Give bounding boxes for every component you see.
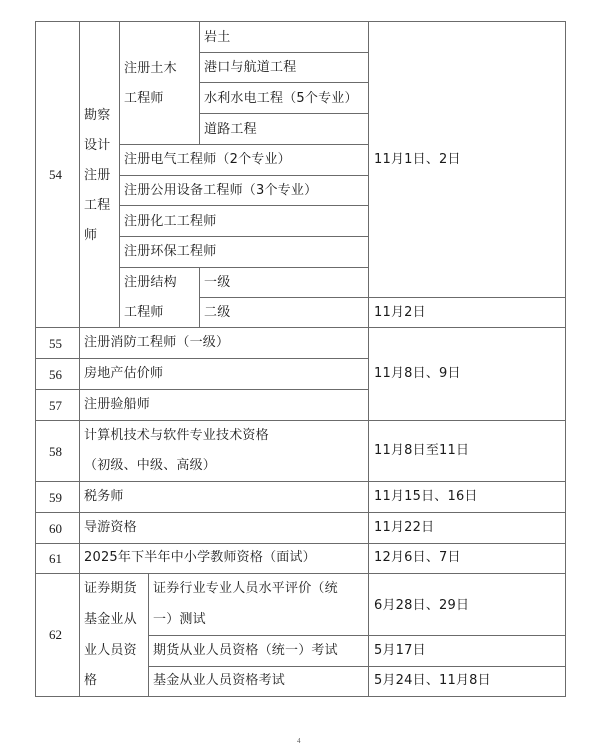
- row-number: 54: [49, 168, 62, 181]
- exam-name: 2025年下半年中小学教师资格（面试）: [84, 551, 316, 564]
- exam-name: 计算机技术与软件专业技术资格: [84, 429, 269, 442]
- table-border-bottom: [35, 696, 566, 697]
- table-border-right: [565, 21, 566, 697]
- divider: [368, 21, 369, 697]
- divider: [119, 175, 368, 176]
- row-number: 58: [49, 445, 62, 458]
- civil-sub-road: 道路工程: [204, 123, 257, 136]
- exam-name: 注册消防工程师（一级）: [84, 336, 229, 349]
- divider: [35, 573, 566, 574]
- exam-date: 11月8日、9日: [374, 367, 461, 380]
- electrical-engineer: 注册电气工程师（2个专业）: [124, 153, 291, 166]
- structural-level-2: 二级: [204, 306, 230, 319]
- exam-date: 5月17日: [374, 644, 426, 657]
- divider: [35, 512, 566, 513]
- divider: [199, 52, 368, 53]
- divider: [119, 267, 368, 268]
- page-number: 4: [297, 737, 301, 745]
- category-label: 基金业从: [84, 613, 137, 626]
- category-label: 勘察: [84, 109, 110, 122]
- row-number: 55: [49, 337, 62, 350]
- row-number: 57: [49, 399, 62, 412]
- divider: [148, 666, 566, 667]
- category-label: 格: [84, 674, 97, 687]
- category-label: 师: [84, 229, 97, 242]
- category-label: 证券期货: [84, 582, 137, 595]
- civil-sub-geotechnical: 岩土: [204, 31, 230, 44]
- divider: [199, 82, 368, 83]
- civil-sub-hydraulic: 水利水电工程（5个专业）: [204, 92, 358, 105]
- exam-name: （初级、中级、高级）: [84, 459, 216, 472]
- exam-date: 11月22日: [374, 521, 434, 534]
- divider: [35, 358, 368, 359]
- category-label: 设计: [84, 139, 110, 152]
- exam-date: 11月2日: [374, 306, 426, 319]
- row-number: 56: [49, 368, 62, 381]
- civil-sub-port: 港口与航道工程: [204, 61, 296, 74]
- divider: [35, 327, 566, 328]
- exam-name: 期货从业人员资格（统一）考试: [153, 644, 338, 657]
- row-number: 62: [49, 628, 62, 641]
- row-number: 60: [49, 522, 62, 535]
- divider: [35, 420, 566, 421]
- structural-engineer-label: 工程师: [124, 306, 164, 319]
- table-border-top: [35, 21, 566, 22]
- exam-name: 房地产估价师: [84, 367, 163, 380]
- document-page: 54 勘察 设计 注册 工程 师 注册土木 工程师 岩土 港口与航道工程 水利水…: [0, 0, 600, 750]
- category-label: 业人员资: [84, 644, 137, 657]
- exam-name: 导游资格: [84, 521, 137, 534]
- exam-name: 证券行业专业人员水平评价（统: [153, 582, 338, 595]
- exam-name: 一）测试: [153, 613, 206, 626]
- divider: [119, 21, 120, 327]
- divider: [35, 389, 368, 390]
- exam-date: 11月1日、2日: [374, 153, 461, 166]
- table-border-left: [35, 21, 36, 697]
- row-number: 59: [49, 491, 62, 504]
- exam-date: 5月24日、11月8日: [374, 674, 491, 687]
- category-label: 工程: [84, 199, 110, 212]
- exam-name: 税务师: [84, 490, 124, 503]
- environmental-engineer: 注册环保工程师: [124, 245, 216, 258]
- divider: [148, 635, 566, 636]
- category-label: 注册: [84, 169, 110, 182]
- utility-engineer: 注册公用设备工程师（3个专业）: [124, 184, 317, 197]
- divider: [35, 543, 566, 544]
- exam-date: 11月8日至11日: [374, 444, 469, 457]
- chemical-engineer: 注册化工工程师: [124, 215, 216, 228]
- divider: [199, 113, 368, 114]
- divider: [79, 21, 80, 697]
- exam-date: 6月28日、29日: [374, 599, 469, 612]
- exam-date: 11月15日、16日: [374, 490, 478, 503]
- divider: [119, 144, 368, 145]
- row-number: 61: [49, 552, 62, 565]
- divider: [199, 297, 566, 298]
- divider: [119, 236, 368, 237]
- divider: [35, 481, 566, 482]
- structural-engineer-label: 注册结构: [124, 276, 177, 289]
- civil-engineer-label: 工程师: [124, 92, 164, 105]
- structural-level-1: 一级: [204, 276, 230, 289]
- exam-name: 注册验船师: [84, 398, 150, 411]
- exam-date: 12月6日、7日: [374, 551, 461, 564]
- divider: [119, 205, 368, 206]
- exam-name: 基金从业人员资格考试: [153, 674, 285, 687]
- civil-engineer-label: 注册土木: [124, 62, 177, 75]
